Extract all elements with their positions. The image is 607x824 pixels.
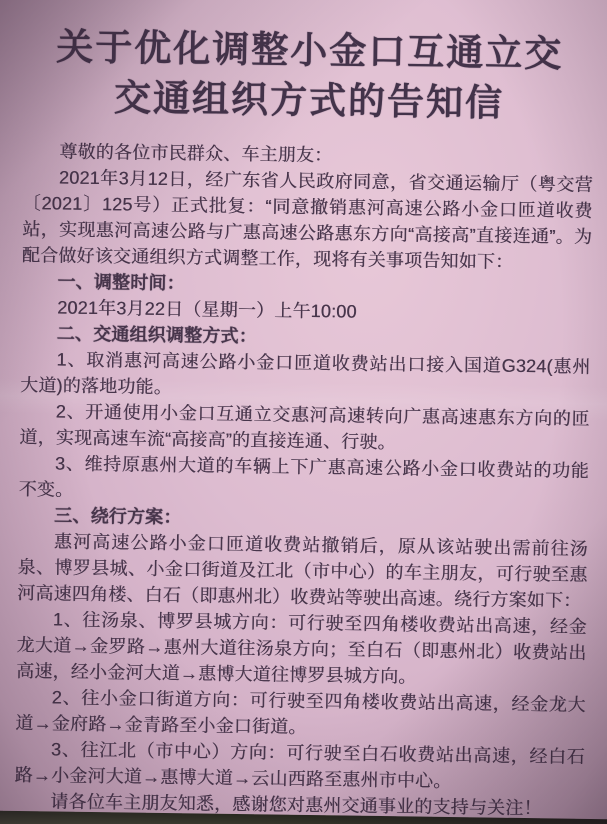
detour-item-3: 3、往江北（市中心）方向：可行驶至白石收费站出高速，经白石路→小金河大道→惠博大… [14,736,585,796]
detour-intro: 惠河高速公路小金口匝道收费站撤销后，原从该站驶出需前往汤泉、博罗县城、小金口街道… [17,528,588,614]
document-content: 关于优化调整小金口互通立交 交通组织方式的告知信 尊敬的各位市民群众、车主朋友：… [14,0,596,822]
adjustment-item-2: 2、开通使用小金口互通立交惠河高速转向广惠高速惠东方向的匝道，实现高速车流“高接… [19,398,590,458]
intro-paragraph: 2021年3月12日，经广东省人民政府同意，省交通运输厅（粤交营〔2021〕12… [22,164,593,276]
photo-of-document: 关于优化调整小金口互通立交 交通组织方式的告知信 尊敬的各位市民群众、车主朋友：… [0,0,607,824]
adjustment-item-1: 1、取消惠河高速公路小金口匝道收费站出口接入国道G324(惠州大道)的落地功能。 [20,346,591,406]
adjustment-item-3: 3、维持原惠州大道的车辆上下广惠高速公路小金口收费站的功能不变。 [18,450,589,510]
title-line-2: 交通组织方式的告知信 [24,72,595,130]
title-line-1: 关于优化调整小金口互通立交 [24,22,595,80]
document-title: 关于优化调整小金口互通立交 交通组织方式的告知信 [24,22,595,130]
detour-item-2: 2、往小金口街道方向：可行驶至四角楼收费站出高速，经金龙大道→金府路→金青路至小… [15,684,586,744]
detour-item-1: 1、往汤泉、博罗县城方向：可行驶至四角楼收费站出高速，经金龙大道→金罗路→惠州大… [16,606,587,692]
paper-notice: 关于优化调整小金口互通立交 交通组织方式的告知信 尊敬的各位市民群众、车主朋友：… [0,0,607,820]
